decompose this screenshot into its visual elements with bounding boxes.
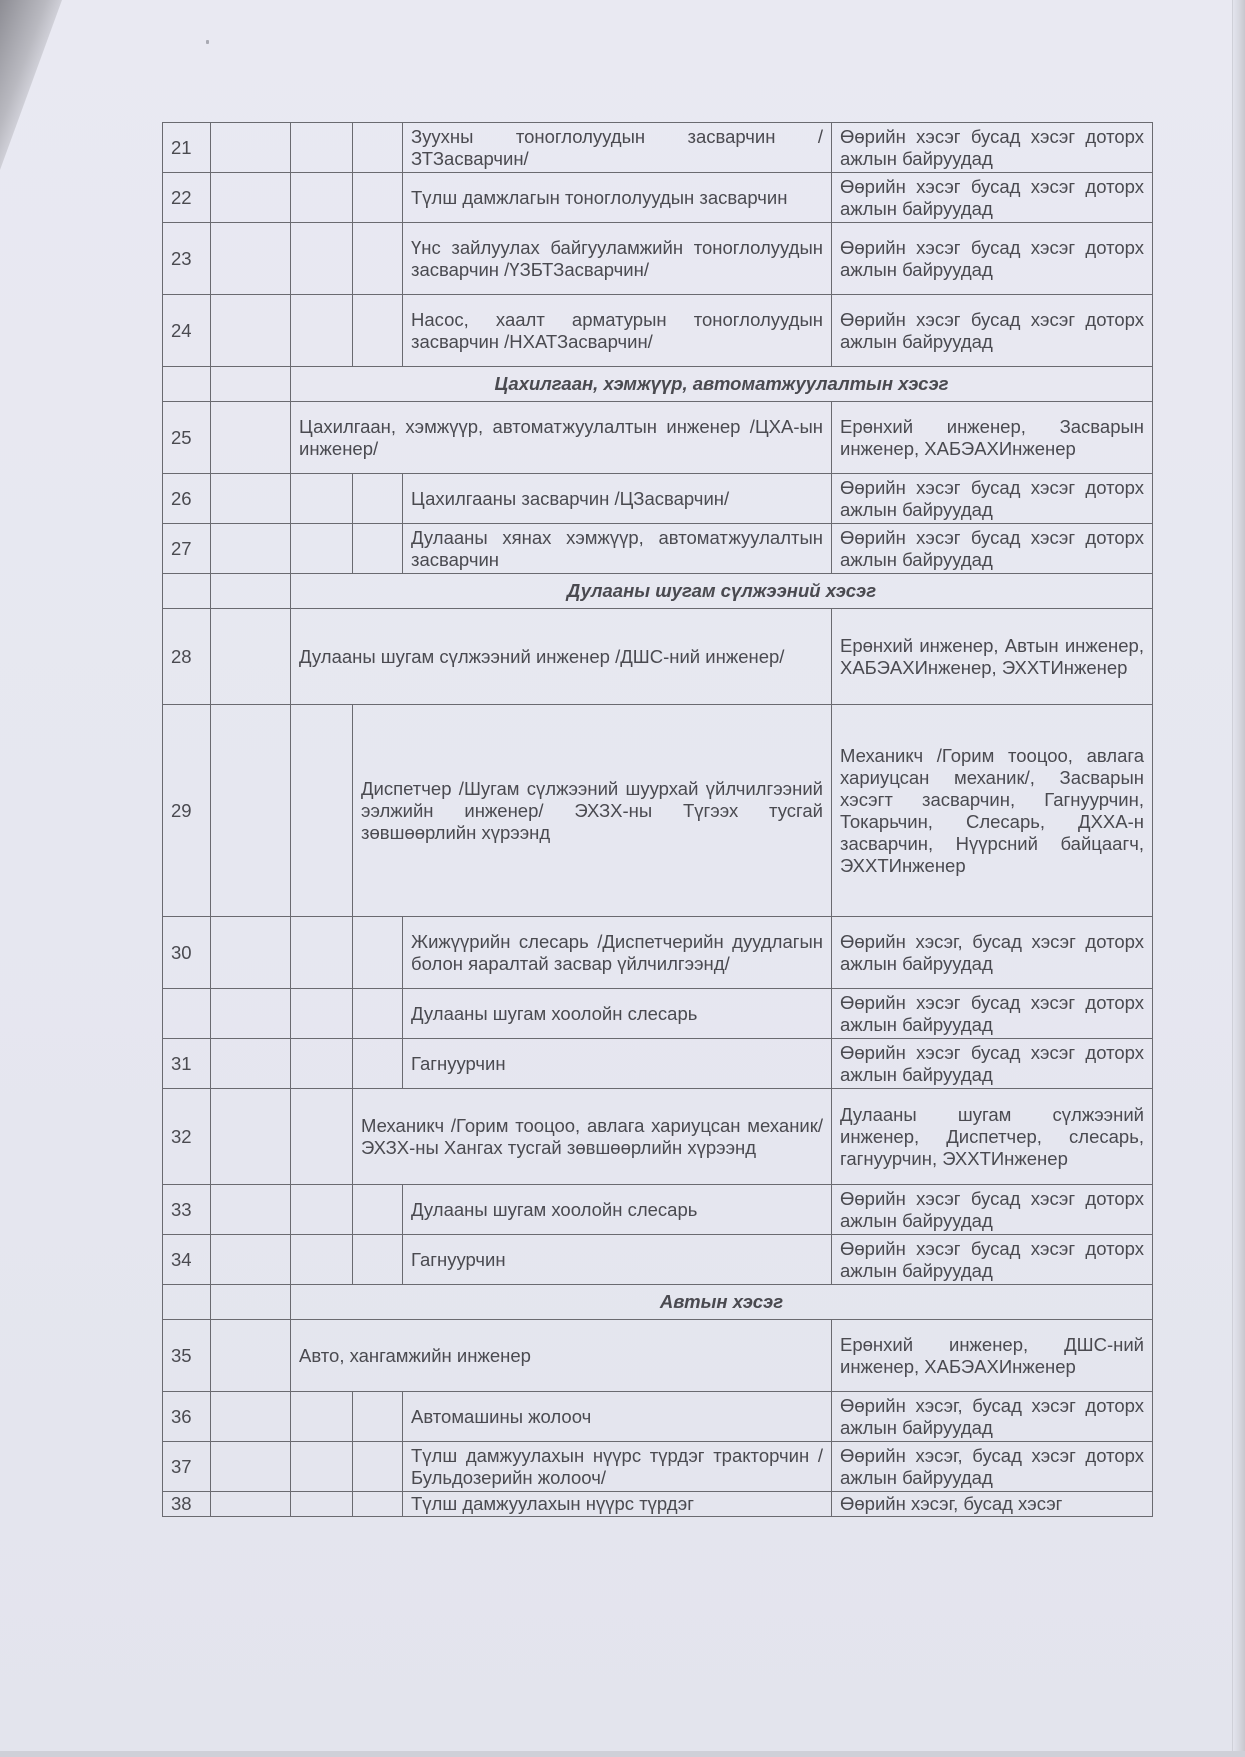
empty-cell <box>353 1492 403 1517</box>
empty-cell <box>211 1089 291 1185</box>
empty-cell <box>291 705 353 917</box>
related-positions: Өөрийн хэсэг, бусад хэсэг <box>832 1492 1153 1517</box>
position-title: Жижүүрийн слесарь /Диспетчерийн дуудлагы… <box>403 917 832 989</box>
empty-cell <box>211 705 291 917</box>
table-row: 29Диспетчер /Шугам сүлжээний шуурхай үйл… <box>163 705 1153 917</box>
position-title: Дулааны шугам хоолойн слесарь <box>403 989 832 1039</box>
position-title: Насос, хаалт арматурын тоноглолуудын зас… <box>403 295 832 367</box>
position-title: Цахилгаан, хэмжүүр, автоматжуулалтын инж… <box>291 402 832 474</box>
empty-cell <box>291 173 353 223</box>
empty-cell <box>211 1235 291 1285</box>
table-row: 23Үнс зайлуулах байгууламжийн тоноглолуу… <box>163 223 1153 295</box>
row-number: 31 <box>163 1039 211 1089</box>
empty-cell <box>291 1185 353 1235</box>
row-number: 22 <box>163 173 211 223</box>
empty-cell <box>353 123 403 173</box>
table-row: 38Түлш дамжуулахын нүүрс түрдэгӨөрийн хэ… <box>163 1492 1153 1517</box>
empty-cell <box>353 474 403 524</box>
position-title: Дулааны хянах хэмжүүр, автоматжуулалтын … <box>403 524 832 574</box>
position-title: Дулааны шугам сүлжээний инженер /ДШС-ний… <box>291 609 832 705</box>
related-positions: Өөрийн хэсэг бусад хэсэг доторх ажлын ба… <box>832 223 1153 295</box>
related-positions: Өөрийн хэсэг, бусад хэсэг доторх ажлын б… <box>832 1392 1153 1442</box>
section-header-row: Цахилгаан, хэмжүүр, автоматжуулалтын хэс… <box>163 367 1153 402</box>
empty-cell <box>353 524 403 574</box>
position-title: Зуухны тоноглолуудын засварчин /ЗТЗасвар… <box>403 123 832 173</box>
empty-cell <box>291 295 353 367</box>
row-number: 35 <box>163 1320 211 1392</box>
empty-cell <box>353 223 403 295</box>
empty-cell <box>211 223 291 295</box>
empty-cell <box>211 123 291 173</box>
empty-cell <box>291 1392 353 1442</box>
empty-cell <box>353 1039 403 1089</box>
empty-cell <box>353 989 403 1039</box>
table-row: 32Механикч /Горим тооцоо, авлага хариуцс… <box>163 1089 1153 1185</box>
position-title: Гагнуурчин <box>403 1039 832 1089</box>
position-title: Автомашины жолооч <box>403 1392 832 1442</box>
row-number: 26 <box>163 474 211 524</box>
table-body: 21Зуухны тоноглолуудын засварчин /ЗТЗасв… <box>163 123 1153 1517</box>
related-positions: Өөрийн хэсэг бусад хэсэг доторх ажлын ба… <box>832 173 1153 223</box>
position-title: Үнс зайлуулах байгууламжийн тоноглолууды… <box>403 223 832 295</box>
table-row: 21Зуухны тоноглолуудын засварчин /ЗТЗасв… <box>163 123 1153 173</box>
related-positions: Ерөнхий инженер, Засварын инженер, ХАБЭА… <box>832 402 1153 474</box>
empty-cell <box>291 474 353 524</box>
row-number: 21 <box>163 123 211 173</box>
table-row: 24Насос, хаалт арматурын тоноглолуудын з… <box>163 295 1153 367</box>
empty-cell <box>211 989 291 1039</box>
empty-cell <box>211 1492 291 1517</box>
row-number: 24 <box>163 295 211 367</box>
empty-cell <box>291 524 353 574</box>
related-positions: Өөрийн хэсэг бусад хэсэг доторх ажлын ба… <box>832 474 1153 524</box>
empty-cell <box>211 524 291 574</box>
related-positions: Өөрийн хэсэг бусад хэсэг доторх ажлын ба… <box>832 524 1153 574</box>
empty-cell <box>211 173 291 223</box>
empty-cell <box>211 295 291 367</box>
position-title: Түлш дамжлагын тоноглолуудын засварчин <box>403 173 832 223</box>
empty-cell <box>211 609 291 705</box>
empty-cell <box>211 1039 291 1089</box>
page-bottom-edge <box>0 1751 1245 1757</box>
table-row: 31ГагнуурчинӨөрийн хэсэг бусад хэсэг дот… <box>163 1039 1153 1089</box>
related-positions: Өөрийн хэсэг, бусад хэсэг доторх ажлын б… <box>832 1442 1153 1492</box>
table-row: 33Дулааны шугам хоолойн слесарьӨөрийн хэ… <box>163 1185 1153 1235</box>
section-title: Дулааны шугам сүлжээний хэсэг <box>291 574 1153 609</box>
empty-cell <box>211 402 291 474</box>
job-positions-table: 21Зуухны тоноглолуудын засварчин /ЗТЗасв… <box>162 122 1153 1517</box>
empty-cell <box>211 1320 291 1392</box>
row-number: 36 <box>163 1392 211 1442</box>
position-title: Механикч /Горим тооцоо, авлага хариуцсан… <box>353 1089 832 1185</box>
row-number: 23 <box>163 223 211 295</box>
table-row: 36Автомашины жолоочӨөрийн хэсэг, бусад х… <box>163 1392 1153 1442</box>
table-row: 34ГагнуурчинӨөрийн хэсэг бусад хэсэг дот… <box>163 1235 1153 1285</box>
empty-cell <box>211 1185 291 1235</box>
related-positions: Ерөнхий инженер, ДШС-ний инженер, ХАБЭАХ… <box>832 1320 1153 1392</box>
related-positions: Өөрийн хэсэг бусад хэсэг доторх ажлын ба… <box>832 123 1153 173</box>
empty-cell <box>291 1039 353 1089</box>
table-row: Дулааны шугам хоолойн слесарьӨөрийн хэсэ… <box>163 989 1153 1039</box>
page-right-edge <box>1232 0 1245 1757</box>
empty-cell <box>291 1235 353 1285</box>
empty-cell <box>211 1442 291 1492</box>
table-row: 37Түлш дамжуулахын нүүрс түрдэг тракторч… <box>163 1442 1153 1492</box>
related-positions: Өөрийн хэсэг бусад хэсэг доторх ажлын ба… <box>832 1185 1153 1235</box>
empty-cell <box>211 367 291 402</box>
row-number: 38 <box>163 1492 211 1517</box>
section-title: Цахилгаан, хэмжүүр, автоматжуулалтын хэс… <box>291 367 1153 402</box>
empty-cell <box>291 1492 353 1517</box>
empty-cell <box>163 1285 211 1320</box>
related-positions: Механикч /Горим тооцоо, авлага хариуцсан… <box>832 705 1153 917</box>
scan-speck <box>206 40 209 44</box>
empty-cell <box>291 1089 353 1185</box>
position-title: Цахилгааны засварчин /ЦЗасварчин/ <box>403 474 832 524</box>
empty-cell <box>353 1392 403 1442</box>
section-title: Автын хэсэг <box>291 1285 1153 1320</box>
empty-cell <box>211 1285 291 1320</box>
related-positions: Өөрийн хэсэг бусад хэсэг доторх ажлын ба… <box>832 295 1153 367</box>
position-title: Дулааны шугам хоолойн слесарь <box>403 1185 832 1235</box>
row-number: 28 <box>163 609 211 705</box>
empty-cell <box>291 123 353 173</box>
empty-cell <box>291 917 353 989</box>
row-number: 34 <box>163 1235 211 1285</box>
table-row: 30Жижүүрийн слесарь /Диспетчерийн дуудла… <box>163 917 1153 989</box>
empty-cell <box>353 1185 403 1235</box>
empty-cell <box>353 295 403 367</box>
related-positions: Дулааны шугам сүлжээний инженер, Диспетч… <box>832 1089 1153 1185</box>
related-positions: Өөрийн хэсэг бусад хэсэг доторх ажлын ба… <box>832 1039 1153 1089</box>
row-number: 33 <box>163 1185 211 1235</box>
position-title: Түлш дамжуулахын нүүрс түрдэг тракторчин… <box>403 1442 832 1492</box>
empty-cell <box>291 989 353 1039</box>
position-title: Түлш дамжуулахын нүүрс түрдэг <box>403 1492 832 1517</box>
related-positions: Өөрийн хэсэг бусад хэсэг доторх ажлын ба… <box>832 1235 1153 1285</box>
position-title: Авто, хангамжийн инженер <box>291 1320 832 1392</box>
empty-cell <box>163 574 211 609</box>
table-row: 25Цахилгаан, хэмжүүр, автоматжуулалтын и… <box>163 402 1153 474</box>
table-row: 35Авто, хангамжийн инженерЕрөнхий инжене… <box>163 1320 1153 1392</box>
row-number: 27 <box>163 524 211 574</box>
section-header-row: Дулааны шугам сүлжээний хэсэг <box>163 574 1153 609</box>
related-positions: Өөрийн хэсэг, бусад хэсэг доторх ажлын б… <box>832 917 1153 989</box>
empty-cell <box>353 917 403 989</box>
row-number: 29 <box>163 705 211 917</box>
empty-cell <box>211 1392 291 1442</box>
empty-cell <box>291 1442 353 1492</box>
empty-cell <box>291 223 353 295</box>
empty-cell <box>211 574 291 609</box>
table-row: 27Дулааны хянах хэмжүүр, автоматжуулалты… <box>163 524 1153 574</box>
related-positions: Өөрийн хэсэг бусад хэсэг доторх ажлын ба… <box>832 989 1153 1039</box>
empty-cell <box>163 367 211 402</box>
row-number: 37 <box>163 1442 211 1492</box>
empty-cell <box>211 917 291 989</box>
row-number: 32 <box>163 1089 211 1185</box>
table-row: 28Дулааны шугам сүлжээний инженер /ДШС-н… <box>163 609 1153 705</box>
section-header-row: Автын хэсэг <box>163 1285 1153 1320</box>
empty-cell <box>353 1442 403 1492</box>
row-number: 30 <box>163 917 211 989</box>
empty-cell <box>211 474 291 524</box>
table-row: 22Түлш дамжлагын тоноглолуудын засварчин… <box>163 173 1153 223</box>
row-number <box>163 989 211 1039</box>
empty-cell <box>353 173 403 223</box>
related-positions: Ерөнхий инженер, Автын инженер, ХАБЭАХИн… <box>832 609 1153 705</box>
position-title: Диспетчер /Шугам сүлжээний шуурхай үйлчи… <box>353 705 832 917</box>
row-number: 25 <box>163 402 211 474</box>
table-row: 26Цахилгааны засварчин /ЦЗасварчин/Өөрий… <box>163 474 1153 524</box>
position-title: Гагнуурчин <box>403 1235 832 1285</box>
empty-cell <box>353 1235 403 1285</box>
